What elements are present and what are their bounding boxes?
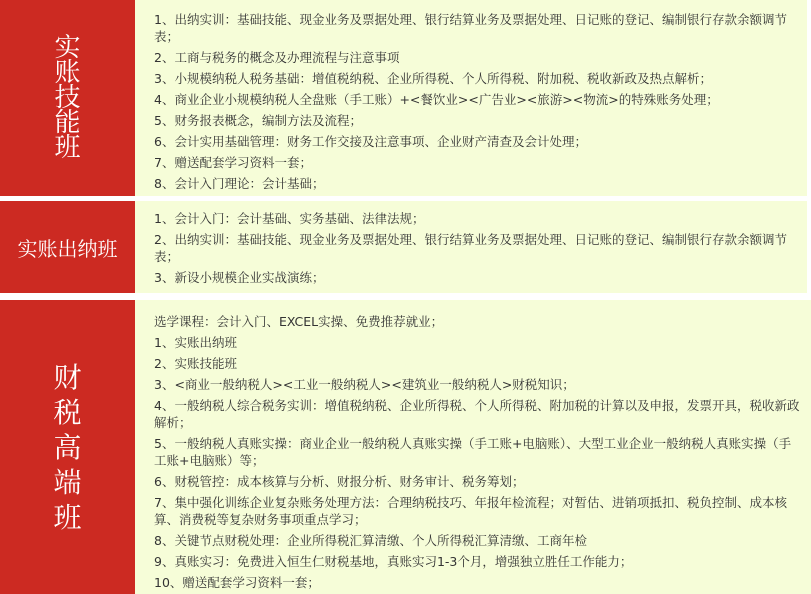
- title-char: 技: [54, 86, 80, 111]
- list-item: 6、财税管控：成本核算与分析、财报分析、财务审计、税务筹划；: [154, 473, 803, 490]
- list-item: 9、真账实习：免费进入恒生仁财税基地，真账实习1-3个月，增强独立胜任工作能力；: [154, 553, 803, 570]
- list-item: 2、实账技能班: [154, 355, 803, 372]
- list-item: 1、出纳实训：基础技能、现金业务及票据处理、银行结算业务及票据处理、日记账的登记…: [154, 11, 799, 45]
- list-item: 3、新设小规模企业实战演练；: [154, 269, 799, 286]
- list-item: 10、赠送配套学习资料一套；: [154, 574, 803, 591]
- list-item: 7、赠送配套学习资料一套；: [154, 154, 799, 171]
- title-char: 班: [54, 136, 80, 161]
- title-char: 班: [53, 500, 81, 535]
- course-section-advanced-tax: 财 税 高 端 班 选学课程：会计入门、EXCEL实操、免费推荐就业； 1、实账…: [0, 300, 811, 594]
- course-section-practical-skills: 实 账 技 能 班 1、出纳实训：基础技能、现金业务及票据处理、银行结算业务及票…: [0, 0, 807, 196]
- section-content: 1、出纳实训：基础技能、现金业务及票据处理、银行结算业务及票据处理、日记账的登记…: [135, 0, 807, 196]
- list-item: 3、<商业一般纳税人><工业一般纳税人><建筑业一般纳税人>财税知识；: [154, 376, 803, 393]
- list-item: 8、关键节点财税处理：企业所得税汇算清缴、个人所得税汇算清缴、工商年检: [154, 532, 803, 549]
- list-item: 7、集中强化训练企业复杂账务处理方法：合理纳税技巧、年报年检流程；对暂估、进销项…: [154, 494, 803, 528]
- list-item: 1、实账出纳班: [154, 334, 803, 351]
- course-section-cashier: 实账出纳班 1、会计入门：会计基础、实务基础、法律法规； 2、出纳实训：基础技能…: [0, 201, 807, 293]
- list-item: 3、小规模纳税人税务基础：增值税纳税、企业所得税、个人所得税、附加税、税收新政及…: [154, 70, 799, 87]
- section-title: 实账出纳班: [18, 233, 118, 262]
- section-content: 1、会计入门：会计基础、实务基础、法律法规； 2、出纳实训：基础技能、现金业务及…: [135, 201, 807, 293]
- section-title: 财 税 高 端 班: [53, 360, 81, 535]
- list-item: 1、会计入门：会计基础、实务基础、法律法规；: [154, 210, 799, 227]
- section-title-panel: 财 税 高 端 班: [0, 300, 135, 594]
- section-title-panel: 实账出纳班: [0, 201, 135, 293]
- title-char: 财: [53, 360, 81, 395]
- list-item: 4、商业企业小规模纳税人全盘账（手工账）+<餐饮业><广告业><旅游><物流>的…: [154, 91, 799, 108]
- title-char: 端: [53, 465, 81, 500]
- section-title-panel: 实 账 技 能 班: [0, 0, 135, 196]
- section-content: 选学课程：会计入门、EXCEL实操、免费推荐就业； 1、实账出纳班 2、实账技能…: [135, 300, 811, 594]
- title-char: 能: [54, 111, 80, 136]
- list-item: 4、一般纳税人综合税务实训：增值税纳税、企业所得税、个人所得税、附加税的计算以及…: [154, 397, 803, 431]
- list-item: 6、会计实用基础管理：财务工作交接及注意事项、企业财产清查及会计处理；: [154, 133, 799, 150]
- list-item: 2、工商与税务的概念及办理流程与注意事项: [154, 49, 799, 66]
- list-item: 5、财务报表概念，编制方法及流程；: [154, 112, 799, 129]
- title-char: 账: [54, 61, 80, 86]
- list-item: 5、一般纳税人真账实操：商业企业一般纳税人真账实操（手工账+电脑账）、大型工业企…: [154, 435, 803, 469]
- title-char: 税: [53, 395, 81, 430]
- title-char: 实: [54, 36, 80, 61]
- section-title: 实 账 技 能 班: [54, 36, 80, 161]
- title-char: 高: [53, 430, 81, 465]
- list-item: 2、出纳实训：基础技能、现金业务及票据处理、银行结算业务及票据处理、日记账的登记…: [154, 231, 799, 265]
- list-item: 选学课程：会计入门、EXCEL实操、免费推荐就业；: [154, 313, 803, 330]
- list-item: 8、会计入门理论：会计基础；: [154, 175, 799, 192]
